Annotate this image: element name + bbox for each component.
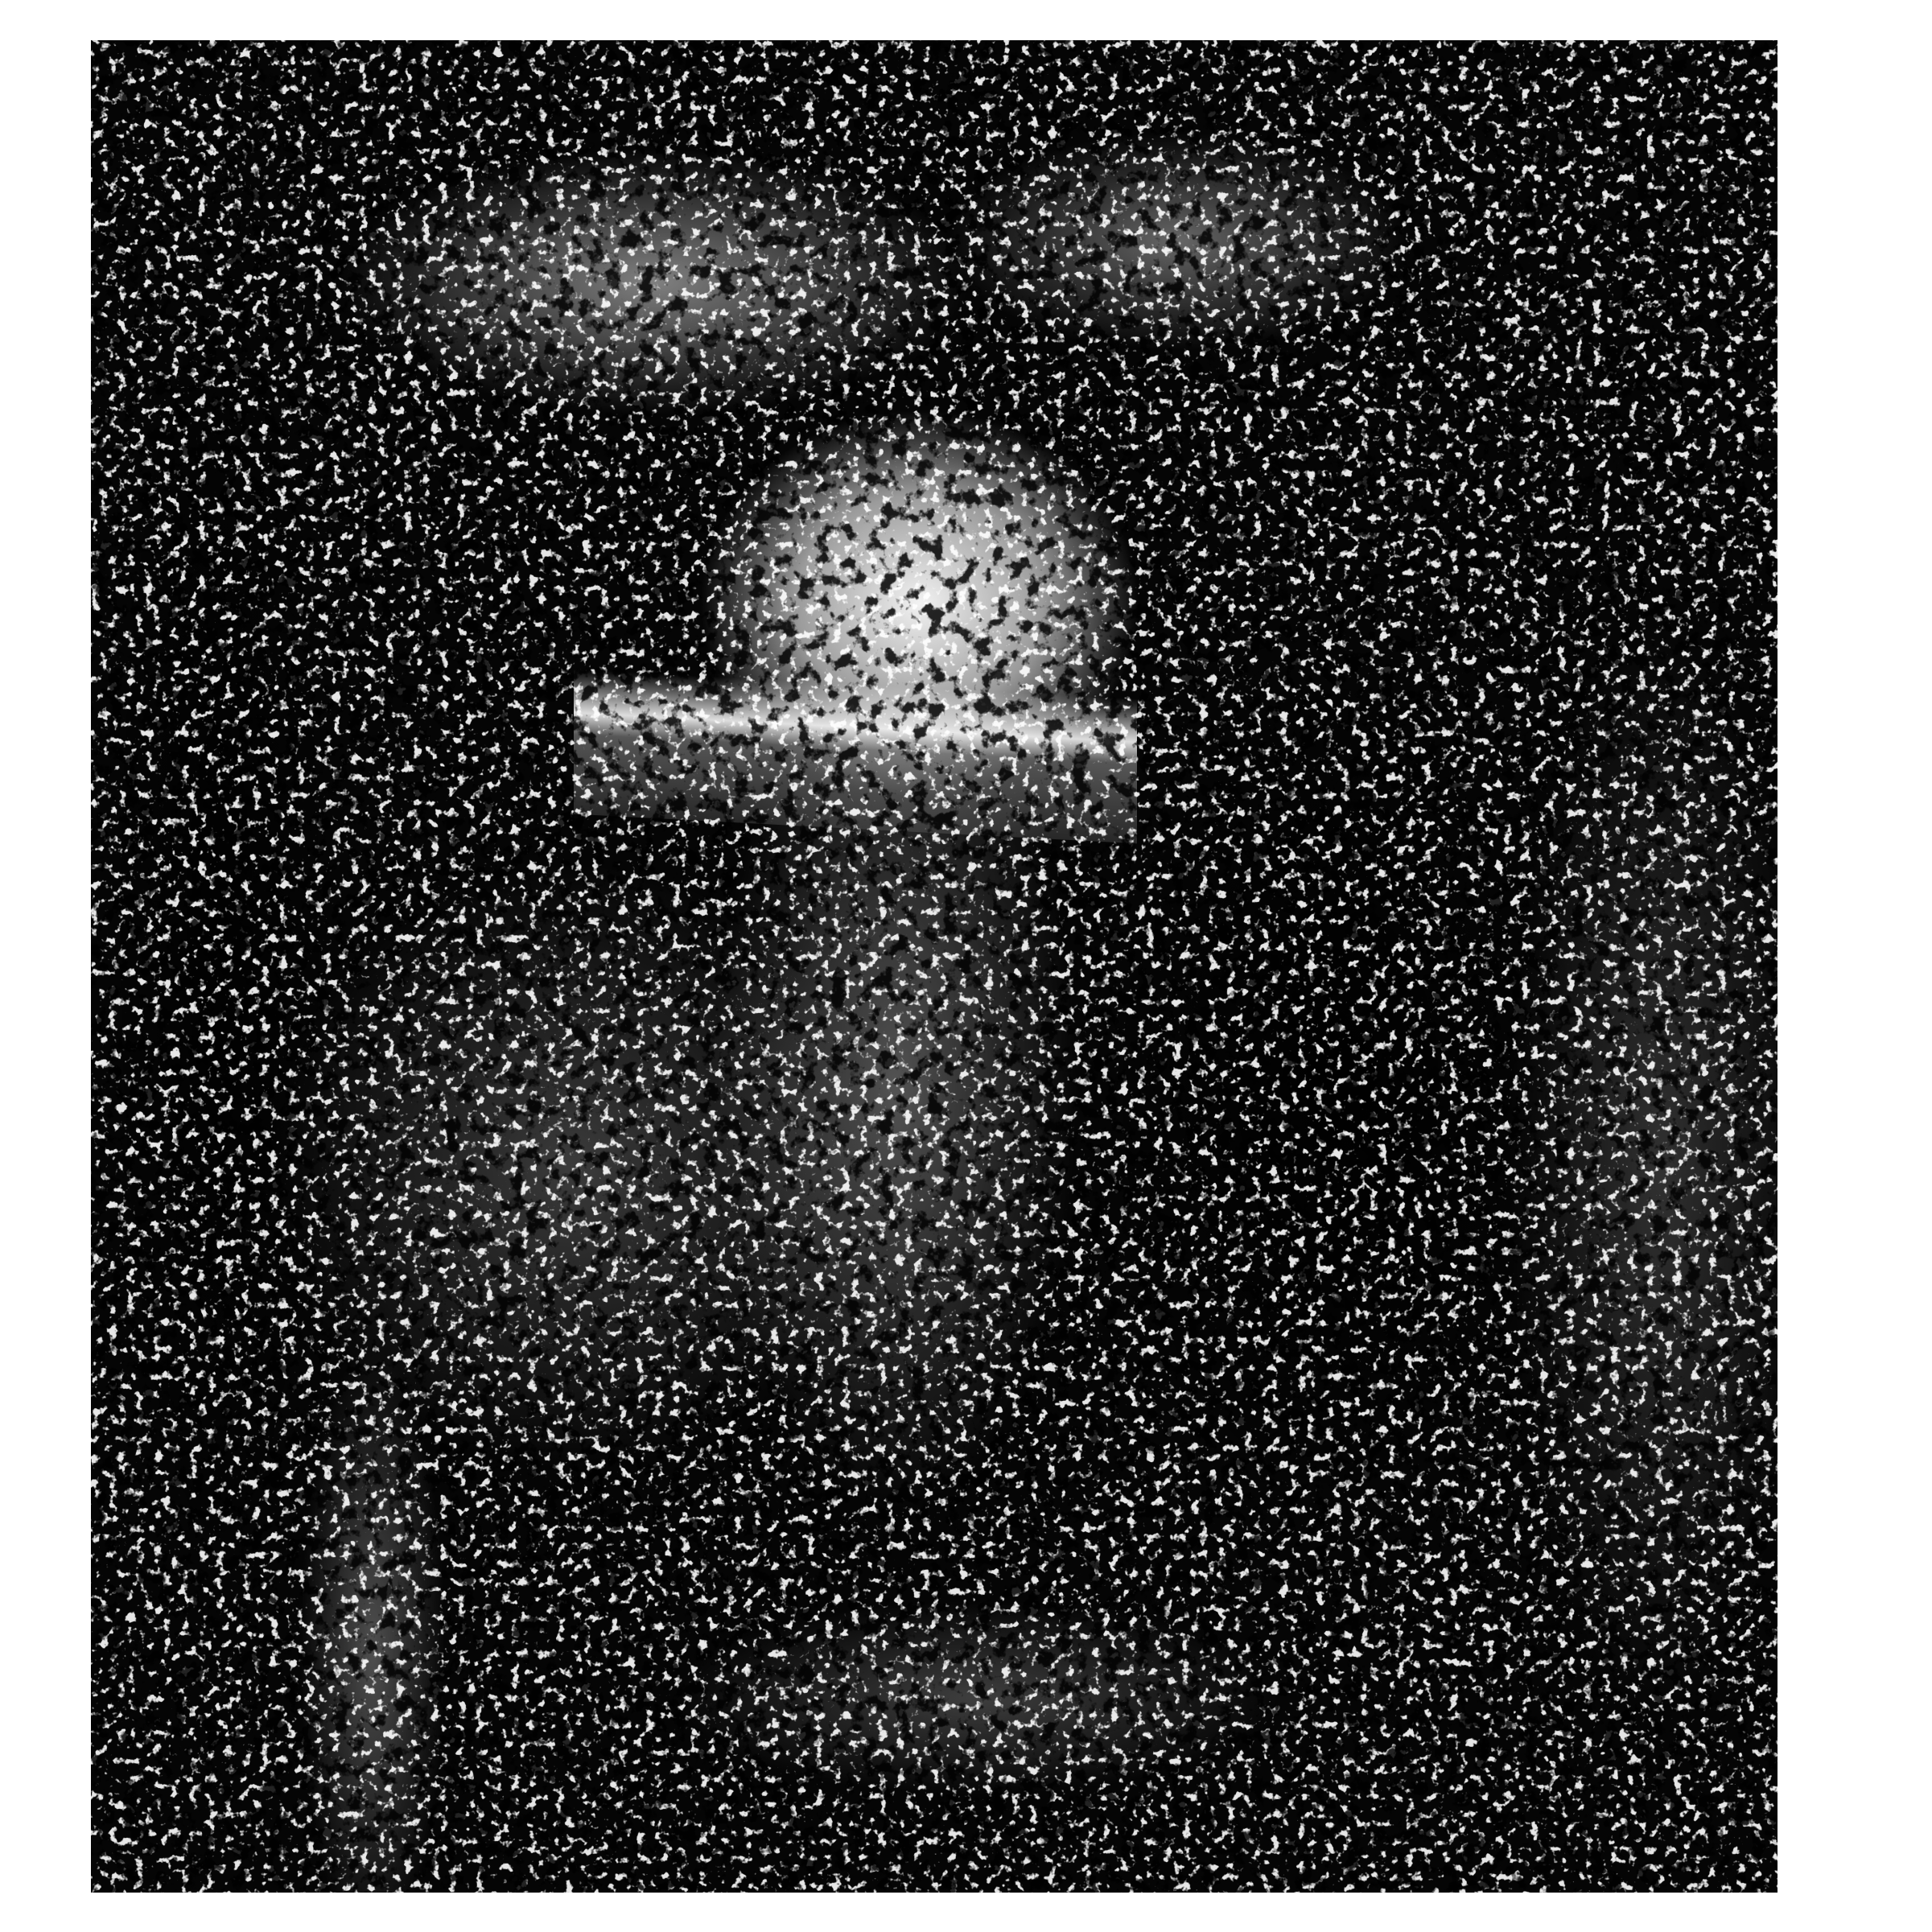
abstract-print [91,40,1778,1893]
dark-grain-texture [91,40,1778,1893]
